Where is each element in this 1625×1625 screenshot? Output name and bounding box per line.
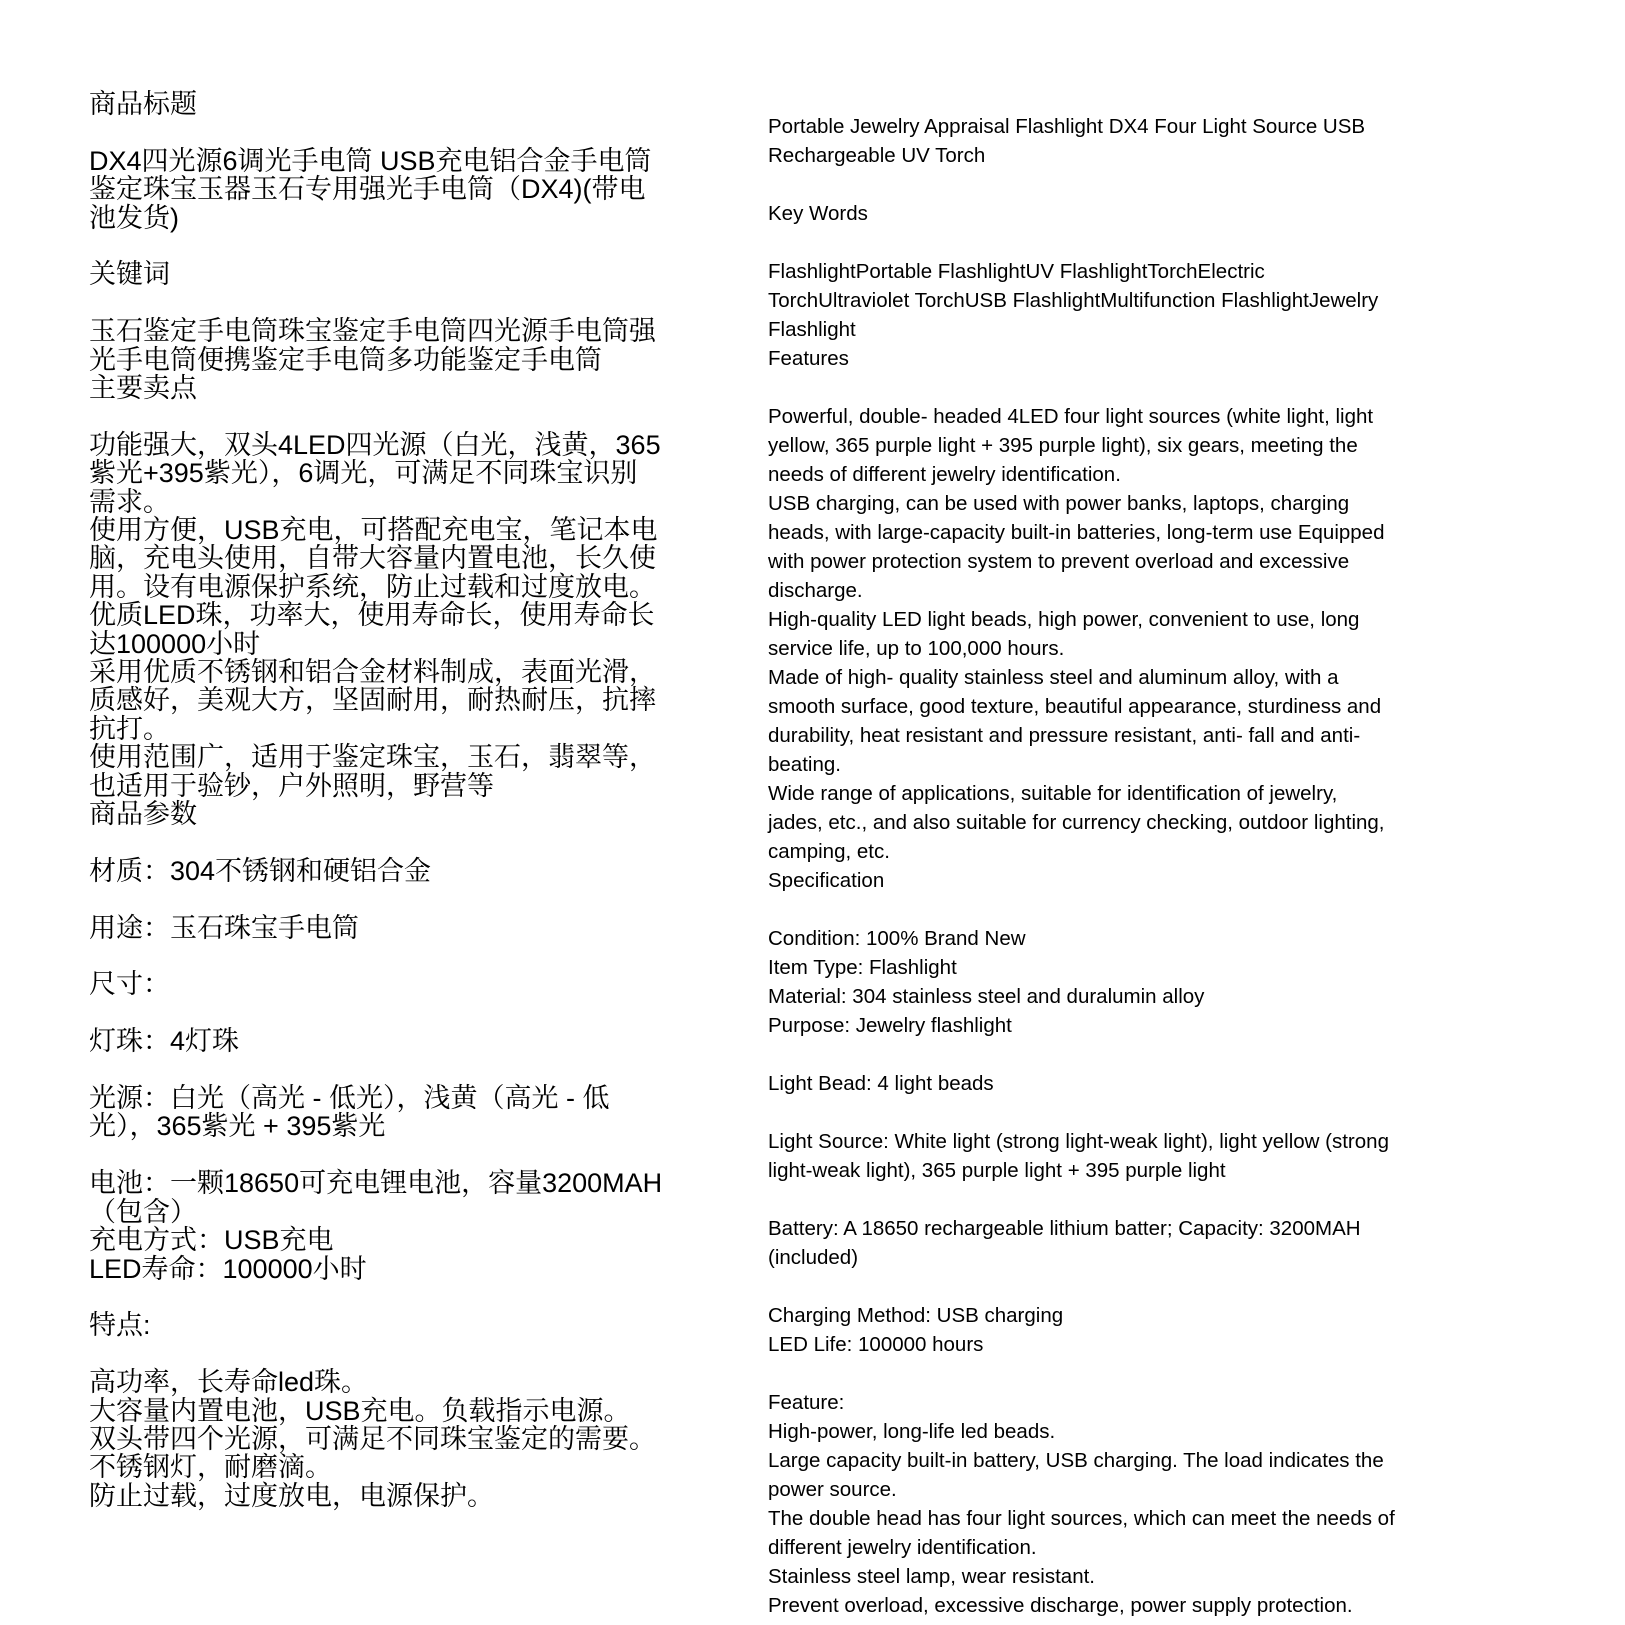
- spec-condition-en: Condition: 100% Brand New: [768, 924, 1396, 953]
- feature-list-en-5: Prevent overload, excessive discharge, p…: [768, 1591, 1396, 1620]
- feature-list-en-2: Large capacity built-in battery, USB cha…: [768, 1446, 1396, 1504]
- chinese-column: 商品标题DX4四光源6调光手电筒 USB充电铝合金手电筒鉴定珠宝玉器玉石专用强光…: [89, 90, 664, 1510]
- spec-led-life-en: LED Life: 100000 hours: [768, 1330, 1396, 1359]
- selling-point-zh-1: 功能强大，双头4LED四光源（白光，浅黄，365紫光+395紫光），6调光，可满…: [89, 431, 664, 516]
- spec-purpose-en: Purpose: Jewelry flashlight: [768, 1011, 1396, 1040]
- heading-specification-en: Specification: [768, 866, 1396, 895]
- feature-zh-4: 不锈钢灯，耐磨滴。: [89, 1453, 664, 1481]
- feature-paragraph-en-3: High-quality LED light beads, high power…: [768, 605, 1396, 663]
- heading-features-zh: 特点:: [89, 1311, 664, 1339]
- keywords-zh: 玉石鉴定手电筒珠宝鉴定手电筒四光源手电筒强光手电筒便携鉴定手电筒多功能鉴定手电筒: [89, 317, 664, 374]
- product-description-page: { "document": { "background_color": "#ff…: [0, 0, 1625, 1625]
- param-charging-zh: 充电方式：USB充电: [89, 1226, 664, 1254]
- feature-zh-5: 防止过载，过度放电，电源保护。: [89, 1482, 664, 1510]
- spec-battery-en: Battery: A 18650 rechargeable lithium ba…: [768, 1214, 1396, 1272]
- selling-point-zh-5: 使用范围广，适用于鉴定珠宝，玉石，翡翠等，也适用于验钞，户外照明，野营等: [89, 743, 664, 800]
- feature-paragraph-en-4: Made of high- quality stainless steel an…: [768, 663, 1396, 779]
- param-battery-zh: 电池：一颗18650可充电锂电池，容量3200MAH（包含）: [89, 1169, 664, 1226]
- selling-point-zh-4: 采用优质不锈钢和铝合金材料制成，表面光滑，质感好，美观大方，坚固耐用，耐热耐压，…: [89, 658, 664, 743]
- selling-point-zh-2: 使用方便，USB充电，可搭配充电宝，笔记本电脑，充电头使用，自带大容量内置电池，…: [89, 516, 664, 601]
- feature-list-en-1: High-power, long-life led beads.: [768, 1417, 1396, 1446]
- param-material-zh: 材质：304不锈钢和硬铝合金: [89, 857, 664, 885]
- param-size-zh: 尺寸：: [89, 970, 664, 998]
- param-purpose-zh: 用途：玉石珠宝手电筒: [89, 914, 664, 942]
- english-column: Portable Jewelry Appraisal Flashlight DX…: [768, 112, 1396, 1620]
- feature-list-en-3: The double head has four light sources, …: [768, 1504, 1396, 1562]
- heading-product-title-zh: 商品标题: [89, 90, 664, 118]
- product-title-en: Portable Jewelry Appraisal Flashlight DX…: [768, 112, 1396, 170]
- spec-material-en: Material: 304 stainless steel and duralu…: [768, 982, 1396, 1011]
- feature-list-en-4: Stainless steel lamp, wear resistant.: [768, 1562, 1396, 1591]
- spec-charging-method-en: Charging Method: USB charging: [768, 1301, 1396, 1330]
- param-light-bead-zh: 灯珠：4灯珠: [89, 1027, 664, 1055]
- heading-features-en: Features: [768, 344, 1396, 373]
- spec-light-bead-en: Light Bead: 4 light beads: [768, 1069, 1396, 1098]
- heading-selling-points-zh: 主要卖点: [89, 374, 664, 402]
- param-light-source-zh: 光源：白光（高光 - 低光），浅黄（高光 - 低光），365紫光 + 395紫光: [89, 1084, 664, 1141]
- heading-keywords-zh: 关键词: [89, 260, 664, 288]
- feature-zh-3: 双头带四个光源，可满足不同珠宝鉴定的需要。: [89, 1425, 664, 1453]
- feature-zh-1: 高功率，长寿命led珠。: [89, 1368, 664, 1396]
- feature-paragraph-en-1: Powerful, double- headed 4LED four light…: [768, 402, 1396, 489]
- param-led-life-zh: LED寿命：100000小时: [89, 1255, 664, 1283]
- feature-paragraph-en-5: Wide range of applications, suitable for…: [768, 779, 1396, 866]
- heading-feature-list-en: Feature:: [768, 1388, 1396, 1417]
- selling-point-zh-3: 优质LED珠，功率大，使用寿命长，使用寿命长达100000小时: [89, 601, 664, 658]
- feature-paragraph-en-2: USB charging, can be used with power ban…: [768, 489, 1396, 605]
- spec-item-type-en: Item Type: Flashlight: [768, 953, 1396, 982]
- keywords-en: FlashlightPortable FlashlightUV Flashlig…: [768, 257, 1396, 344]
- feature-zh-2: 大容量内置电池，USB充电。负载指示电源。: [89, 1397, 664, 1425]
- heading-parameters-zh: 商品参数: [89, 800, 664, 828]
- product-title-zh: DX4四光源6调光手电筒 USB充电铝合金手电筒鉴定珠宝玉器玉石专用强光手电筒（…: [89, 147, 664, 232]
- spec-light-source-en: Light Source: White light (strong light-…: [768, 1127, 1396, 1185]
- heading-key-words-en: Key Words: [768, 199, 1396, 228]
